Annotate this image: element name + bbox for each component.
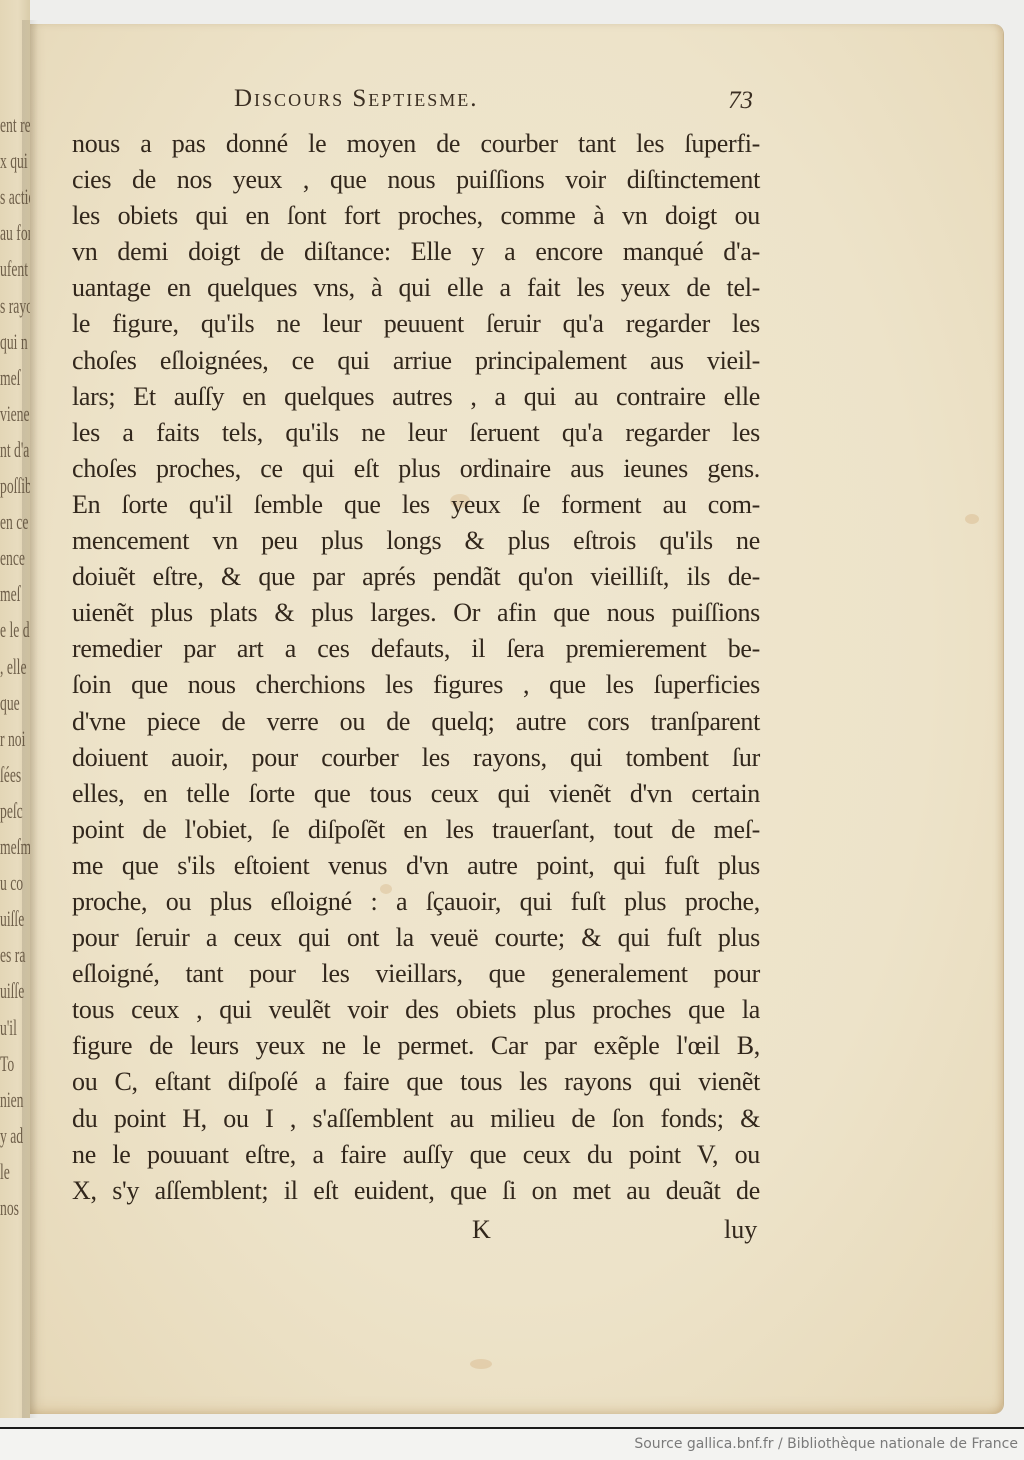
- catchword: luy: [724, 1215, 757, 1245]
- facing-page-text-fragment: que: [0, 690, 20, 716]
- signature-mark: K: [472, 1215, 491, 1245]
- facing-page-text-fragment: u co: [0, 870, 23, 896]
- text-line: me que s'ils eſtoient venus d'vn autre p…: [72, 848, 760, 884]
- text-line: le figure, qu'ils ne leur peuuent ſeruir…: [72, 306, 760, 342]
- text-line: tous ceux , qui veulẽt voir des obiets p…: [72, 992, 760, 1028]
- text-line: choſes proches, ce qui eſt plus ordinair…: [72, 451, 760, 487]
- text-line: En ſorte qu'il ſemble que les yeux ſe fo…: [72, 487, 760, 523]
- foxing-spot: [965, 514, 979, 524]
- facing-page-text-fragment: y ad: [0, 1123, 23, 1149]
- facing-page-text-fragment: meſ: [0, 365, 20, 391]
- text-line: nous a pas donné le moyen de courber tan…: [72, 126, 760, 162]
- spine-shadow: [22, 20, 38, 1418]
- body-text: nous a pas donné le moyen de courber tan…: [72, 126, 760, 1209]
- facing-page-text-fragment: meſ: [0, 581, 20, 607]
- text-line: proche, ou plus eſloigné : a ſçauoir, qu…: [72, 884, 760, 920]
- text-line: d'vne piece de verre ou de quelq; autre …: [72, 704, 760, 740]
- text-line: figure de leurs yeux ne le permet. Car p…: [72, 1028, 760, 1064]
- footer-divider: [0, 1427, 1024, 1429]
- foxing-spot: [470, 1359, 492, 1369]
- text-line: X, s'y aſſemblent; il eſt euident, que ſ…: [72, 1173, 760, 1209]
- facing-page-text-fragment: ſées: [0, 762, 21, 788]
- text-line: lars; Et auſſy en quelques autres , a qu…: [72, 379, 760, 415]
- text-line: elles, en telle ſorte que tous ceux qui …: [72, 776, 760, 812]
- text-line: uantage en quelques vns, à qui elle a fa…: [72, 270, 760, 306]
- facing-page-text-fragment: nien: [0, 1087, 23, 1113]
- text-line: ne le pouuant eſtre, a faire auſſy que c…: [72, 1137, 760, 1173]
- running-head: Discours Septiesme.: [234, 85, 478, 113]
- text-line: eſloigné, tant pour les vieillars, que g…: [72, 956, 760, 992]
- text-line: ou C, eſtant diſpoſé a faire que tous le…: [72, 1064, 760, 1100]
- text-line: les obiets qui en ſont fort proches, com…: [72, 198, 760, 234]
- source-credit: Source gallica.bnf.fr / Bibliothèque nat…: [634, 1436, 1018, 1452]
- text-line: mencement vn peu plus longs & plus eſtro…: [72, 523, 760, 559]
- text-line: pour ſeruir a ceux qui ont la veuë court…: [72, 920, 760, 956]
- text-line: cies de nos yeux , que nous puiſſions vo…: [72, 162, 760, 198]
- text-line: uienẽt plus plats & plus larges. Or afin…: [72, 595, 760, 631]
- facing-page-text-fragment: nos: [0, 1195, 19, 1221]
- text-line: du point H, ou I , s'aſſemblent au milie…: [72, 1101, 760, 1137]
- text-line: point de l'obiet, ſe diſpoſẽt en les tra…: [72, 812, 760, 848]
- text-line: vn demi doigt de diſtance: Elle y a enco…: [72, 234, 760, 270]
- facing-page-text-fragment: peſc: [0, 798, 23, 824]
- text-line: les a faits tels, qu'ils ne leur ſeruent…: [72, 415, 760, 451]
- text-line: ſoin que nous cherchions les figures , q…: [72, 667, 760, 703]
- facing-page-text-fragment: u'il: [0, 1015, 17, 1041]
- text-line: doiuẽt eſtre, & que par aprés pendãt qu'…: [72, 559, 760, 595]
- facing-page-text-fragment: le: [0, 1159, 10, 1185]
- text-line: choſes eſloignées, ce qui arriue princip…: [72, 343, 760, 379]
- facing-page-text-fragment: To: [0, 1051, 14, 1077]
- scan-area: ent rex quis actioau fonufents rayoqui n…: [0, 0, 1024, 1428]
- facing-page-text-fragment: uiſſe: [0, 906, 24, 932]
- text-line: doiuent auoir, pour courber les rayons, …: [72, 740, 760, 776]
- facing-page-text-fragment: uiſſe: [0, 978, 24, 1004]
- text-line: remedier par art a ces defauts, il ſera …: [72, 631, 760, 667]
- page-number: 73: [728, 87, 753, 115]
